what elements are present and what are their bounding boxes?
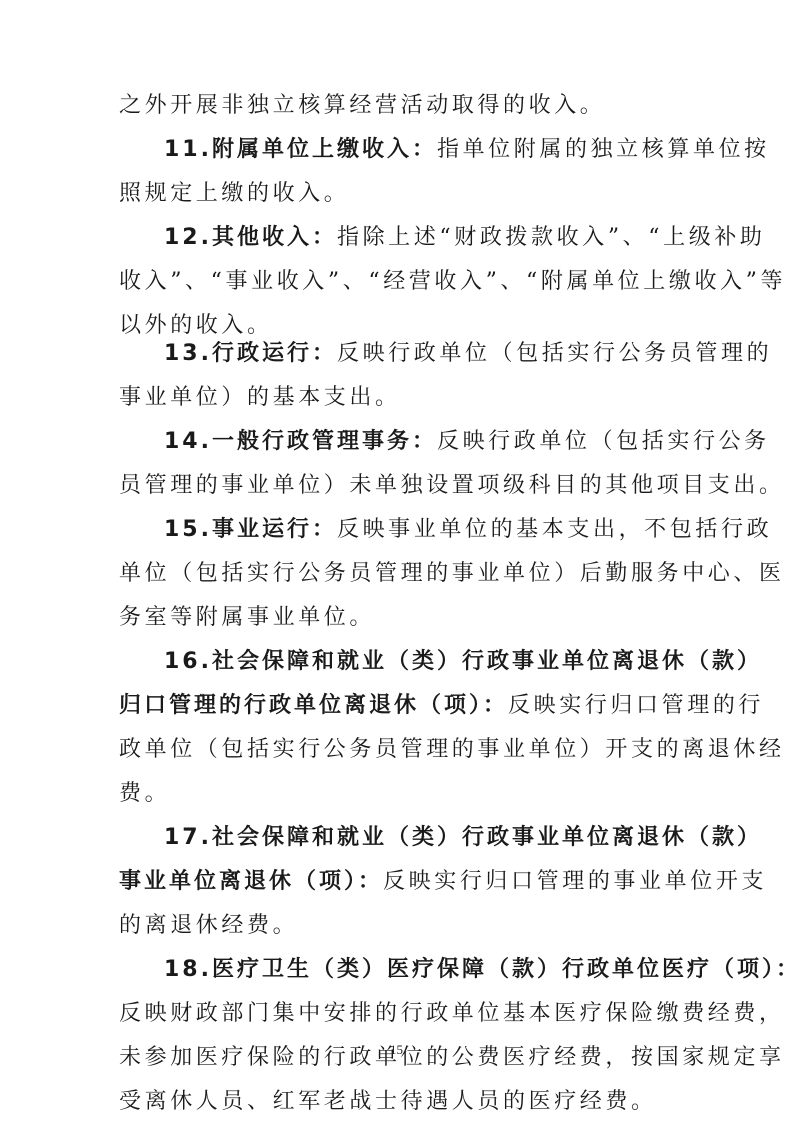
- text-line: 事业单位）的基本支出。: [119, 380, 679, 416]
- line-text: 员管理的事业单位）未单独设置项级科目的其他项目支出。: [119, 473, 785, 498]
- term-heading: 15.事业运行：: [164, 517, 337, 542]
- line-text: 务室等附属事业单位。: [119, 605, 375, 630]
- line-text: 反映财政部门集中安排的行政单位基本医疗保险缴费经费，: [119, 1001, 785, 1026]
- text-line: 归口管理的行政单位离退休（项）：反映实行归口管理的行: [119, 688, 679, 724]
- term-heading: 18.医疗卫生（类）医疗保障（款）行政单位医疗（项）：: [164, 957, 793, 982]
- text-line: 11.附属单位上缴收入：指单位附属的独立核算单位按: [164, 132, 679, 168]
- text-line: 的离退休经费。: [119, 908, 679, 944]
- text-line: 费。: [119, 776, 679, 812]
- line-text: 反映行政单位（包括实行公务: [437, 429, 770, 454]
- text-line: 反映财政部门集中安排的行政单位基本医疗保险缴费经费，: [119, 996, 679, 1032]
- text-line: 17.社会保障和就业（类）行政事业单位离退休（款）: [164, 820, 679, 856]
- text-line: 务室等附属事业单位。: [119, 600, 679, 636]
- document-page: 之外开展非独立核算经营活动取得的收入。11.附属单位上缴收入：指单位附属的独立核…: [0, 0, 793, 1122]
- text-line: 受离休人员、红军老战士待遇人员的医疗经费。: [119, 1084, 679, 1120]
- line-text: 反映事业单位的基本支出，不包括行政: [337, 517, 772, 542]
- term-heading: 13.行政运行：: [164, 341, 337, 366]
- line-text: 反映行政单位（包括实行公务员管理的: [337, 341, 772, 366]
- text-line: 16.社会保障和就业（类）行政事业单位离退休（款）: [164, 644, 679, 680]
- line-text: 费。: [119, 781, 170, 806]
- text-line: 照规定上缴的收入。: [119, 176, 679, 212]
- text-line: 15.事业运行：反映事业单位的基本支出，不包括行政: [164, 512, 679, 548]
- line-text: 指除上述“财政拨款收入”、“上级补助: [337, 225, 766, 250]
- text-line: 员管理的事业单位）未单独设置项级科目的其他项目支出。: [119, 468, 679, 504]
- line-text: 受离休人员、红军老战士待遇人员的医疗经费。: [119, 1089, 657, 1114]
- line-text: 指单位附属的独立核算单位按: [437, 137, 770, 162]
- line-text: 事业单位）的基本支出。: [119, 385, 401, 410]
- term-heading: 16.社会保障和就业（类）行政事业单位离退休（款）: [164, 649, 762, 674]
- term-heading: 12.其他收入：: [164, 225, 337, 250]
- line-text: 以外的收入。: [119, 313, 273, 338]
- text-line: 单位（包括实行公务员管理的事业单位）后勤服务中心、医: [119, 556, 679, 592]
- text-line: 13.行政运行：反映行政单位（包括实行公务员管理的: [164, 336, 679, 372]
- text-line: 12.其他收入：指除上述“财政拨款收入”、“上级补助: [164, 220, 679, 256]
- line-text: 政单位（包括实行公务员管理的事业单位）开支的离退休经: [119, 737, 785, 762]
- line-text: 反映实行归口管理的行: [508, 693, 764, 718]
- page-number: 15: [0, 1042, 793, 1058]
- text-line: 18.医疗卫生（类）医疗保障（款）行政单位医疗（项）：: [164, 952, 679, 988]
- text-line: 之外开展非独立核算经营活动取得的收入。: [119, 88, 679, 124]
- line-text: 单位（包括实行公务员管理的事业单位）后勤服务中心、医: [119, 561, 785, 586]
- line-text: 的离退休经费。: [119, 913, 298, 938]
- line-text: 照规定上缴的收入。: [119, 181, 349, 206]
- term-heading: 14.一般行政管理事务：: [164, 429, 437, 454]
- text-line: 收入”、“事业收入”、“经营收入”、“附属单位上缴收入”等: [119, 264, 679, 300]
- line-text: 收入”、“事业收入”、“经营收入”、“附属单位上缴收入”等: [119, 269, 786, 294]
- text-line: 14.一般行政管理事务：反映行政单位（包括实行公务: [164, 424, 679, 460]
- term-heading: 归口管理的行政单位离退休（项）：: [119, 693, 508, 718]
- text-line: 事业单位离退休（项）：反映实行归口管理的事业单位开支: [119, 864, 679, 900]
- term-heading: 事业单位离退休（项）：: [119, 869, 383, 894]
- term-heading: 11.附属单位上缴收入：: [164, 137, 437, 162]
- text-line: 政单位（包括实行公务员管理的事业单位）开支的离退休经: [119, 732, 679, 768]
- term-heading: 17.社会保障和就业（类）行政事业单位离退休（款）: [164, 825, 762, 850]
- line-text: 之外开展非独立核算经营活动取得的收入。: [119, 93, 605, 118]
- line-text: 反映实行归口管理的事业单位开支: [383, 869, 767, 894]
